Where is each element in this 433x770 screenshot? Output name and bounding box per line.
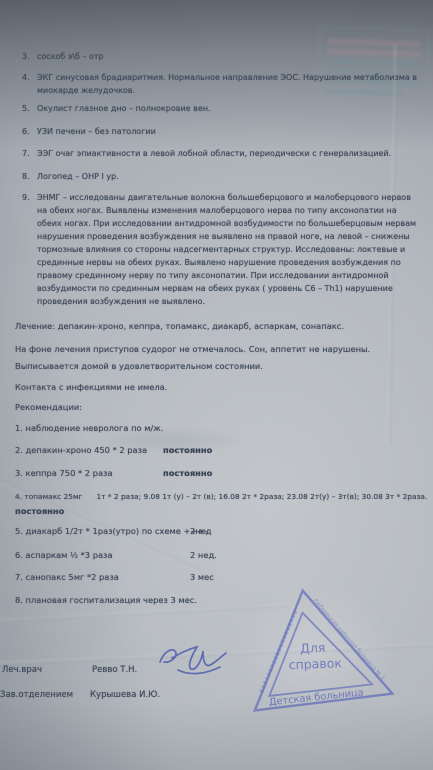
finding-text: ЭКГ синусовая брадиаритмия. Нормальное н… [37, 71, 418, 97]
recommendation-text: 1. наблюдение невролога по м/ж. [15, 423, 163, 433]
finding-number: 7. [22, 147, 37, 160]
recommendation-row: 5. диакарб 1/2т * 1раз(утро) по схеме ++… [15, 526, 429, 537]
finding-number: 6. [22, 125, 37, 138]
recommendation-row: 3. кеппра 750 * 2 раза постоянно [15, 468, 429, 479]
recommendation-text: 2. депакин-хроно 450 * 2 раза [15, 445, 147, 455]
finding-row: 5. Окулист глазное дно – полнокровие вен… [22, 102, 418, 115]
finding-row: 7. ЭЭГ очаг эпиактивности в левой лобной… [22, 147, 418, 160]
recommendation-row: 4. топамакс 25мг 1т * 2 раза; 9.08 1т (у… [15, 491, 429, 502]
recommendation-row: 1. наблюдение невролога по м/ж. [15, 423, 429, 434]
recommendation-text: 6. аспаркам ½ *3 раза [15, 550, 113, 560]
recommendation-note: 3 мес [190, 572, 214, 583]
recommendation-note: постоянно [15, 506, 64, 516]
recommendation-text: 3. кеппра 750 * 2 раза [15, 468, 113, 478]
finding-text: Логопед – ОНР I ур. [37, 170, 418, 183]
finding-number: 3. [22, 50, 37, 63]
signature-name: Ревво Т.Н. [92, 665, 137, 675]
doctor-signature [150, 636, 234, 688]
signature-row: Леч.врач Ревво Т.Н. [2, 665, 42, 675]
recommendation-row: 6. аспаркам ½ *3 раза 2 нед. [15, 550, 429, 561]
finding-number: 9. [22, 191, 37, 308]
recommendation-note: 2 нед. [190, 550, 217, 561]
signature-label: Зав.отделением [0, 690, 73, 700]
recommendation-text: 7. санопакс 5мг *2 раза [15, 572, 119, 582]
finding-row: 3. соскоб э\б – отр [22, 50, 418, 63]
signature-name: Курышева И.Ю. [90, 690, 160, 700]
treatment-line: Лечение: депакин-хроно, кеппра, топамакс… [15, 318, 427, 335]
finding-row: 8. Логопед – ОНР I ур. [22, 170, 418, 183]
finding-text: Окулист глазное дно – полнокровие вен. [37, 102, 418, 115]
recommendation-text: 8. плановая госпитализация через 3 мес. [15, 595, 197, 605]
stamp-purpose-line1: Для [300, 640, 326, 656]
finding-text: соскоб э\б – отр [37, 50, 418, 63]
finding-row: 6. УЗИ печени – без патологии [22, 125, 418, 138]
recommendation-row: 7. санопакс 5мг *2 раза 3 мес [15, 572, 429, 583]
triangle-stamp: Для справок Детская больница Люберецкая … [241, 583, 408, 729]
finding-text: УЗИ печени – без патологии [37, 125, 418, 138]
stamp-purpose-line2: справок [288, 655, 342, 672]
recommendation-text: 5. диакарб 1/2т * 1раз(утро) по схеме ++… [15, 526, 207, 536]
finding-text: ЭЭГ очаг эпиактивности в левой лобной об… [37, 147, 418, 160]
signature-row: Зав.отделением Курышева И.Ю. [0, 690, 73, 700]
finding-row: 4. ЭКГ синусовая брадиаритмия. Нормально… [22, 71, 418, 97]
recommendation-note: 2нед [190, 526, 212, 537]
signature-label: Леч.врач [2, 665, 42, 675]
finding-number: 8. [22, 170, 37, 183]
finding-row: 9. ЭНМГ – исследованы двигательные волок… [22, 191, 418, 308]
finding-number: 5. [22, 102, 37, 115]
contact-line: Контакта с инфекциями не имела. [15, 379, 427, 396]
recommendation-note: постоянно [163, 468, 212, 479]
course-paragraph: На фоне лечения приступов судорог не отм… [15, 341, 427, 375]
finding-text: ЭНМГ – исследованы двигательные волокна … [37, 191, 418, 308]
recommendation-note-row: постоянно [15, 506, 429, 517]
finding-number: 4. [22, 71, 37, 97]
recommendation-row: 2. депакин-хроно 450 * 2 раза постоянно [15, 445, 429, 456]
recommendation-text: 4. топамакс 25мг 1т * 2 раза; 9.08 1т (у… [15, 492, 427, 501]
photographed-document: 3. соскоб э\б – отр 4. ЭКГ синусовая бра… [0, 0, 433, 770]
recommendations-title: Рекомендации: [15, 399, 427, 416]
recommendation-note: постоянно [163, 445, 212, 456]
